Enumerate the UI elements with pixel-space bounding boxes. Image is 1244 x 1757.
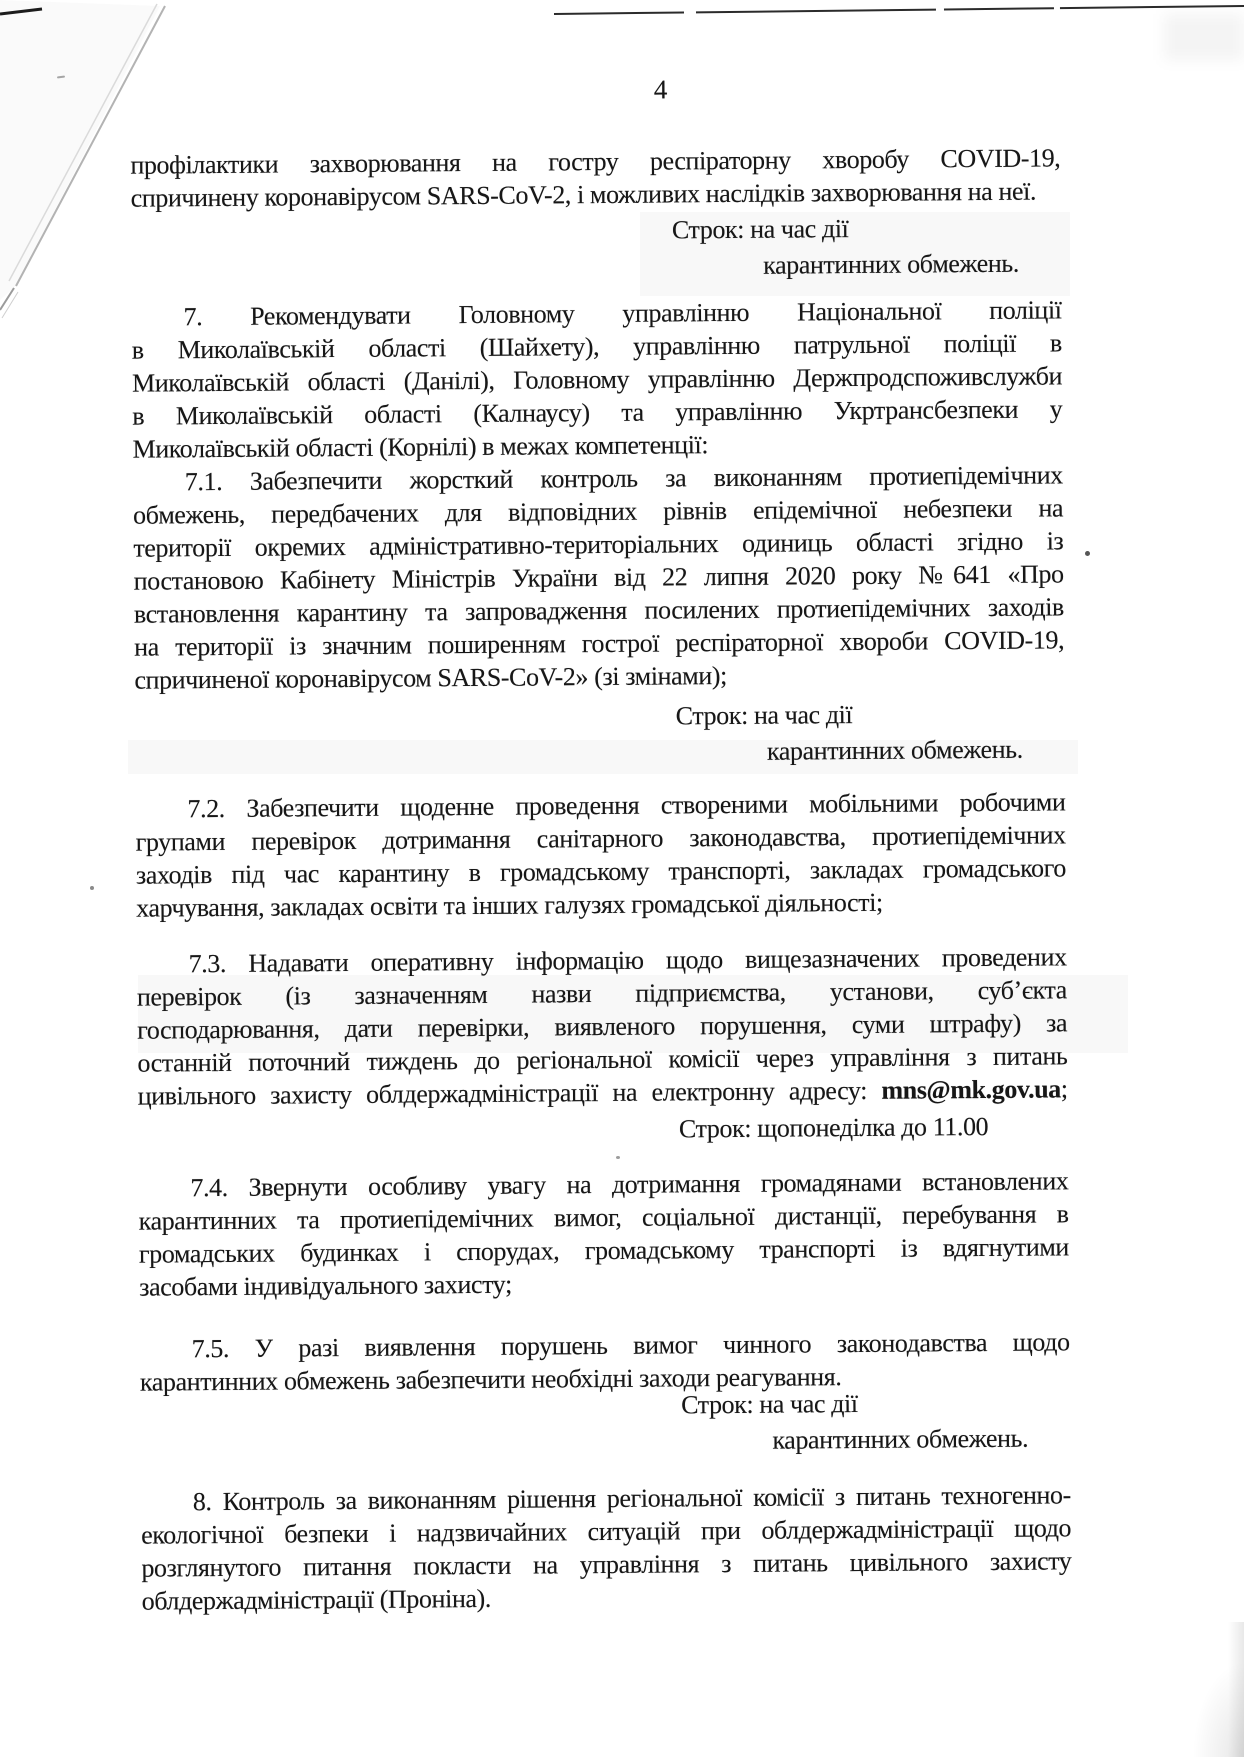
term-line: Строк: на час дії [681,1384,1070,1423]
scan-speck [1085,551,1090,556]
paragraph-7-1: 7.1. Забезпечити жорсткий контроль за ви… [133,458,1065,696]
scan-corner-smudge [1192,1661,1244,1757]
term-block-2: Строк: на час дії карантинних обмежень. [135,695,1066,774]
term-block-3: Строк: щопонеділка до 11.00 [138,1108,1068,1151]
email-address: mns@mk.gov.ua [881,1074,1061,1104]
text-line: засобами індивідуального захисту; [139,1263,1069,1303]
text-line: харчування, закладах освіти та інших гал… [136,884,1066,924]
text-line: спричинену коронавірусом SARS-CoV-2, і м… [131,174,1061,214]
page-number: 4 [654,73,667,106]
text-line: спричиненої коронавірусом SARS-CoV-2» (з… [134,656,1064,696]
paragraph-intro: профілактики захворювання на гостру респ… [130,141,1060,214]
document-page: 4 профілактики захворювання на гостру ре… [0,0,1244,1757]
term-line: карантинних обмежень. [763,245,1061,283]
term-line: карантинних обмежень. [767,731,1065,769]
term-line: карантинних обмежень. [772,1420,1070,1458]
paragraph-7-4: 7.4. Звернути особливу увагу на дотриман… [138,1164,1069,1303]
term-line: Строк: на час дії [676,695,1065,734]
paragraph-7-2: 7.2. Забезпечити щоденне проведення ство… [135,785,1066,924]
paragraph-7: 7. Рекомендувати Головному управлінню На… [131,293,1062,465]
text-line: облдержадміністрації (Проніна). [142,1577,1072,1617]
scan-edge-strip [1228,1622,1244,1757]
paragraph-8: 8. Контроль за виконанням рішення регіон… [141,1478,1072,1617]
scan-speck [90,886,94,890]
corner-tick-artifact [0,0,60,24]
scan-smudge-top-right [1164,14,1244,60]
term-line: Строк: на час дії [672,209,1061,248]
term-block-4: Строк: на час дії карантинних обмежень. [140,1384,1071,1463]
term-line: Строк: щопонеділка до 11.00 [679,1108,1068,1147]
document-body: 4 профілактики захворювання на гостру ре… [129,0,1073,1757]
text-segment: цивільного захисту облдержадміністрації … [138,1076,882,1111]
scan-speck [57,75,65,78]
text-line: цивільного захисту облдержадміністрації … [138,1072,1068,1112]
term-block-1: Строк: на час дії карантинних обмежень. [131,209,1062,288]
text-segment: ; [1061,1074,1068,1103]
paragraph-7-3: 7.3. Надавати оперативну інформацію щодо… [137,940,1068,1112]
